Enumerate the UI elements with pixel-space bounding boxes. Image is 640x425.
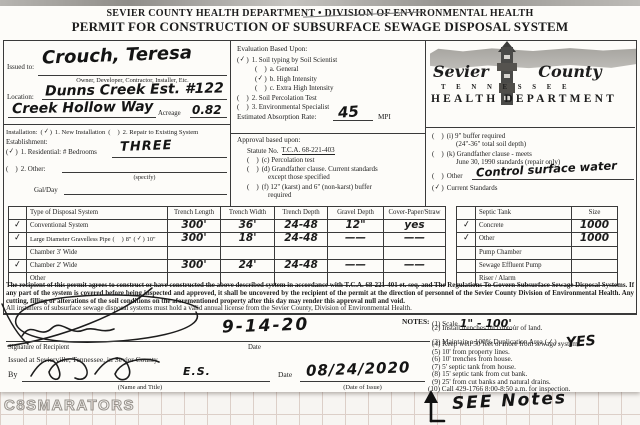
logo-dept-text: HEALTH DEPARTMENT — [431, 93, 617, 105]
chamber3-checkmark — [14, 252, 21, 253]
table-row-label: Other — [476, 233, 572, 246]
pipe-8-label: 8" — [126, 234, 132, 246]
gal-day-line — [64, 194, 227, 195]
approval-f-row: (f) 12" (karst) and 6" (non-karst) buffe… — [247, 183, 372, 191]
concrete-checkmark: ✓ — [462, 219, 471, 232]
approval-title: Approval based upon: — [237, 137, 300, 145]
buffer-row: (i) 9" buffer required — [432, 132, 505, 140]
current-standards-checkmark: ✓ — [434, 183, 442, 192]
current-standards-row: ✓ Current Standards — [432, 184, 497, 192]
percolation-test-checkbox — [237, 94, 249, 102]
approval-c-row: (c) Percolation test — [247, 156, 315, 164]
general-label: a. General — [270, 65, 299, 73]
grandfather-checkmark — [434, 157, 441, 158]
grandfather-row: (k) Grandfather clause - meets — [432, 150, 532, 158]
installation-row: Installation: ✓ 1. New Installation 2. R… — [6, 128, 198, 136]
table-cell: 300' — [168, 260, 221, 273]
issuer-initials: E.S. — [183, 366, 211, 377]
other-approval-checkbox — [432, 172, 444, 180]
other-disposal-checkmark — [14, 278, 21, 279]
acreage-label: Acreage — [158, 110, 181, 117]
table-cell — [572, 247, 617, 260]
evaluation-title: Evaluation Based Upon: — [237, 46, 307, 54]
table-row-label: Pump Chamber — [476, 247, 572, 260]
approval-d-label: (d) Grandfather clause. Current standard… — [262, 165, 378, 173]
scanned-permit-page: SEVIER COUNTY HEALTH DEPARTMENT • DIVISI… — [0, 0, 640, 425]
disposal-header-type: Type of Disposal System — [27, 207, 168, 220]
high-intensity-checkbox: ✓ — [255, 75, 267, 83]
percolation-test-checkmark — [239, 100, 246, 101]
current-standards-checkbox: ✓ — [432, 184, 444, 192]
left-section-divider — [4, 124, 230, 125]
acreage-line — [190, 117, 227, 118]
specify-caption: (specify) — [62, 174, 227, 181]
table-row-label: Concrete — [476, 220, 572, 233]
table-row-label: Large Diameter Gravelless Pipe 8" ✓ 10" — [27, 233, 168, 246]
repair-label: 2. Repair to Existing System — [123, 129, 199, 136]
approval-c-checkbox — [247, 156, 259, 164]
absorption-rate-unit: MPI — [378, 114, 391, 122]
eval-item1c-row: c. Extra High Intensity — [255, 84, 333, 92]
residential-checkmark: ✓ — [8, 147, 16, 156]
approval-d-row: (d) Grandfather clause. Current standard… — [247, 165, 378, 173]
table-cell — [572, 260, 617, 273]
grandfather-label: (k) Grandfather clause - meets — [447, 150, 532, 158]
environmental-specialist-label: 3. Environmental Specialist — [252, 103, 330, 111]
environmental-specialist-checkmark — [239, 110, 246, 111]
table-cell: 24-48 — [275, 233, 328, 246]
new-installation-checkbox: ✓ — [41, 128, 52, 136]
table-cell: —— — [328, 260, 384, 273]
column-divider-2 — [425, 40, 426, 206]
extra-high-intensity-checkbox — [255, 84, 267, 92]
table-row-label: Chamber 2' Wide — [27, 260, 168, 273]
other-approval-line — [472, 179, 634, 180]
date-of-issue-label: (Date of Issue) — [305, 384, 420, 391]
absorption-rate-value: 45 — [338, 104, 360, 120]
recipient-signature-line — [6, 341, 430, 342]
other-establishment-line — [62, 172, 227, 173]
percolation-test-label: 2. Soil Percolation Test — [252, 94, 317, 102]
recipient-date-value: 9-14-20 — [222, 316, 310, 336]
absorption-rate-line — [333, 120, 373, 121]
absorption-rate-label: Estimated Absorption Rate: — [237, 114, 316, 122]
approval-d-label-2: except those specified — [268, 174, 330, 182]
location-line-2 — [8, 117, 156, 118]
effluent-pump-checkmark — [463, 265, 470, 266]
current-standards-label: Current Standards — [447, 184, 498, 192]
eval-item1-row: ✓ 1. Soil typing by Soil Scientist — [237, 56, 337, 64]
issued-to-value: Crouch, Teresa — [42, 44, 193, 67]
up-arrow-icon — [418, 389, 448, 425]
environmental-specialist-checkbox — [237, 103, 249, 111]
residential-checkbox: ✓ — [6, 148, 18, 156]
pump-chamber-checkmark — [463, 252, 470, 253]
other-establishment-checkbox — [6, 165, 18, 173]
riser-alarm-checkmark — [463, 278, 470, 279]
name-title-label: (Name and Title) — [60, 384, 220, 391]
soil-typing-checkbox: ✓ — [237, 56, 249, 64]
table-row-check — [457, 260, 476, 273]
installation-label: Installation: — [6, 129, 38, 136]
gravelless-checkmark: ✓ — [13, 232, 22, 245]
eval-item3-row: 3. Environmental Specialist — [237, 103, 329, 111]
new-installation-checkmark: ✓ — [42, 127, 50, 136]
table-row-label: Conventional System — [27, 220, 168, 233]
statute-row: Statute No. T.C.A. 68-221-403 — [247, 146, 335, 155]
issued-to-line — [38, 75, 227, 76]
table-cell: —— — [384, 233, 445, 246]
eval-item1a-row: a. General — [255, 65, 298, 73]
by-label: By — [8, 370, 17, 379]
other-establishment-label: 2. Other: — [21, 165, 46, 173]
table-cell: 24-48 — [275, 260, 328, 273]
pipe-8-checkbox — [113, 234, 124, 246]
scanner-edge-strip — [0, 0, 640, 6]
establishment-label: Establishment: — [6, 139, 48, 147]
septic-header-label: Septic Tank — [476, 207, 572, 220]
buffer-label-2: (24"-36" total soil depth) — [456, 141, 526, 149]
table-row-label: Chamber 3' Wide — [27, 247, 168, 260]
other-approval-label: Other — [447, 172, 463, 180]
disposal-table: Type of Disposal System Trench Length Tr… — [8, 206, 446, 286]
recipient-signature-label: Signature of Recipient — [8, 344, 69, 351]
soil-typing-checkmark: ✓ — [239, 55, 247, 64]
issuer-signature-line — [22, 381, 270, 382]
issue-date-value: 08/24/2020 — [306, 360, 411, 379]
recipient-signature — [18, 314, 138, 342]
table-cell: 24' — [221, 260, 275, 273]
approval-f-checkbox — [247, 183, 259, 191]
grandfather-checkbox — [432, 150, 444, 158]
table-row-check: ✓ — [457, 233, 476, 246]
table-row-label: Sewage Effluent Pump — [476, 260, 572, 273]
issued-to-label: Issued to: — [7, 64, 34, 72]
location-value: Dunns Creek Est. #122 — [45, 81, 224, 98]
other-tank-checkmark: ✓ — [462, 232, 471, 245]
recipient-date-label: Date — [248, 344, 261, 351]
table-row-check: ✓ — [9, 233, 27, 246]
column-divider-1 — [230, 40, 231, 206]
issuer-signature — [25, 352, 175, 384]
general-checkbox — [255, 65, 267, 73]
right-section-divider — [426, 127, 635, 128]
statute-value: T.C.A. 68-221-403 — [282, 146, 335, 155]
buffer-checkbox — [432, 132, 444, 140]
approval-c-label: (c) Percolation test — [262, 156, 315, 164]
table-row-check: ✓ — [9, 260, 27, 273]
other-approval-row: Other — [432, 172, 463, 180]
location-value-2: Creek Hollow Way — [12, 100, 154, 116]
permit-document: SEVIER COUNTY HEALTH DEPARTMENT • DIVISI… — [0, 0, 640, 392]
general-checkmark — [257, 72, 264, 73]
table-cell: 300' — [168, 233, 221, 246]
statute-label: Statute No. — [247, 147, 279, 155]
repair-checkbox — [108, 129, 119, 136]
other-approval-checkmark — [434, 179, 441, 180]
approval-d-checkmark — [249, 172, 256, 173]
table-cell: —— — [384, 260, 445, 273]
pipe-8-checkmark — [115, 244, 122, 245]
repair-checkmark — [111, 135, 118, 136]
buffer-label: (i) 9" buffer required — [447, 132, 506, 140]
high-intensity-label: b. High Intensity — [270, 75, 317, 83]
pipe-10-checkmark: ✓ — [135, 232, 144, 245]
pipe-10-checkbox: ✓ — [133, 234, 144, 246]
other-establishment-row: 2. Other: — [6, 165, 46, 173]
table-cell: 1000 — [572, 233, 617, 246]
approval-f-label: (f) 12" (karst) and 6" (non-karst) buffe… — [262, 183, 372, 191]
bedrooms-line — [112, 157, 227, 158]
residential-row: ✓ 1. Residential: # Bedrooms — [6, 148, 97, 156]
extra-high-intensity-checkmark — [257, 91, 264, 92]
eval-item2-row: 2. Soil Percolation Test — [237, 94, 317, 102]
bedrooms-value: THREE — [120, 139, 173, 154]
see-notes-annotation: SEE Notes — [452, 390, 568, 413]
new-installation-label: 1. New Installation — [55, 129, 105, 136]
approval-f-checkmark — [249, 190, 256, 191]
septic-table: Septic Tank Size ✓ Concrete 1000 ✓ Other… — [456, 206, 618, 286]
table-row-check — [457, 247, 476, 260]
mid-section-divider — [231, 133, 425, 134]
watermark-text: C8SMARATORS — [4, 397, 135, 414]
document-header-line1: SEVIER COUNTY HEALTH DEPARTMENT • DIVISI… — [0, 8, 640, 19]
buffer-checkmark — [434, 139, 441, 140]
chamber2-checkmark: ✓ — [13, 258, 22, 271]
soil-typing-label: 1. Soil typing by Soil Scientist — [252, 56, 338, 64]
other-establishment-checkmark — [8, 172, 15, 173]
extra-high-intensity-label: c. Extra High Intensity — [270, 84, 334, 92]
notes-title: NOTES: — [402, 317, 430, 326]
note-2: (2) Install trenches on contour of land. — [432, 325, 542, 333]
document-title: PERMIT FOR CONSTRUCTION OF SUBSURFACE SE… — [0, 19, 640, 35]
logo-script-text: Sevier County — [433, 62, 635, 81]
issue-date-line — [300, 381, 425, 382]
table-cell: —— — [328, 233, 384, 246]
logo-state-text: T E N N E S S E E — [441, 84, 571, 91]
approval-f-label-2: required — [268, 192, 291, 200]
issue-date-label: Date — [278, 370, 292, 379]
gravelless-label: Large Diameter Gravelless Pipe — [30, 234, 111, 246]
approval-d-checkbox — [247, 165, 259, 173]
acreage-value: 0.82 — [192, 104, 222, 116]
residential-label: 1. Residential: # Bedrooms — [21, 148, 97, 156]
gal-day-label: Gal/Day — [34, 187, 58, 195]
eval-item1b-row: ✓ b. High Intensity — [255, 75, 317, 83]
conventional-checkmark: ✓ — [13, 219, 22, 232]
table-cell: 18' — [221, 233, 275, 246]
high-intensity-checkmark: ✓ — [257, 73, 265, 82]
pipe-10-label: 10" — [147, 234, 156, 246]
approval-c-checkmark — [249, 163, 256, 164]
